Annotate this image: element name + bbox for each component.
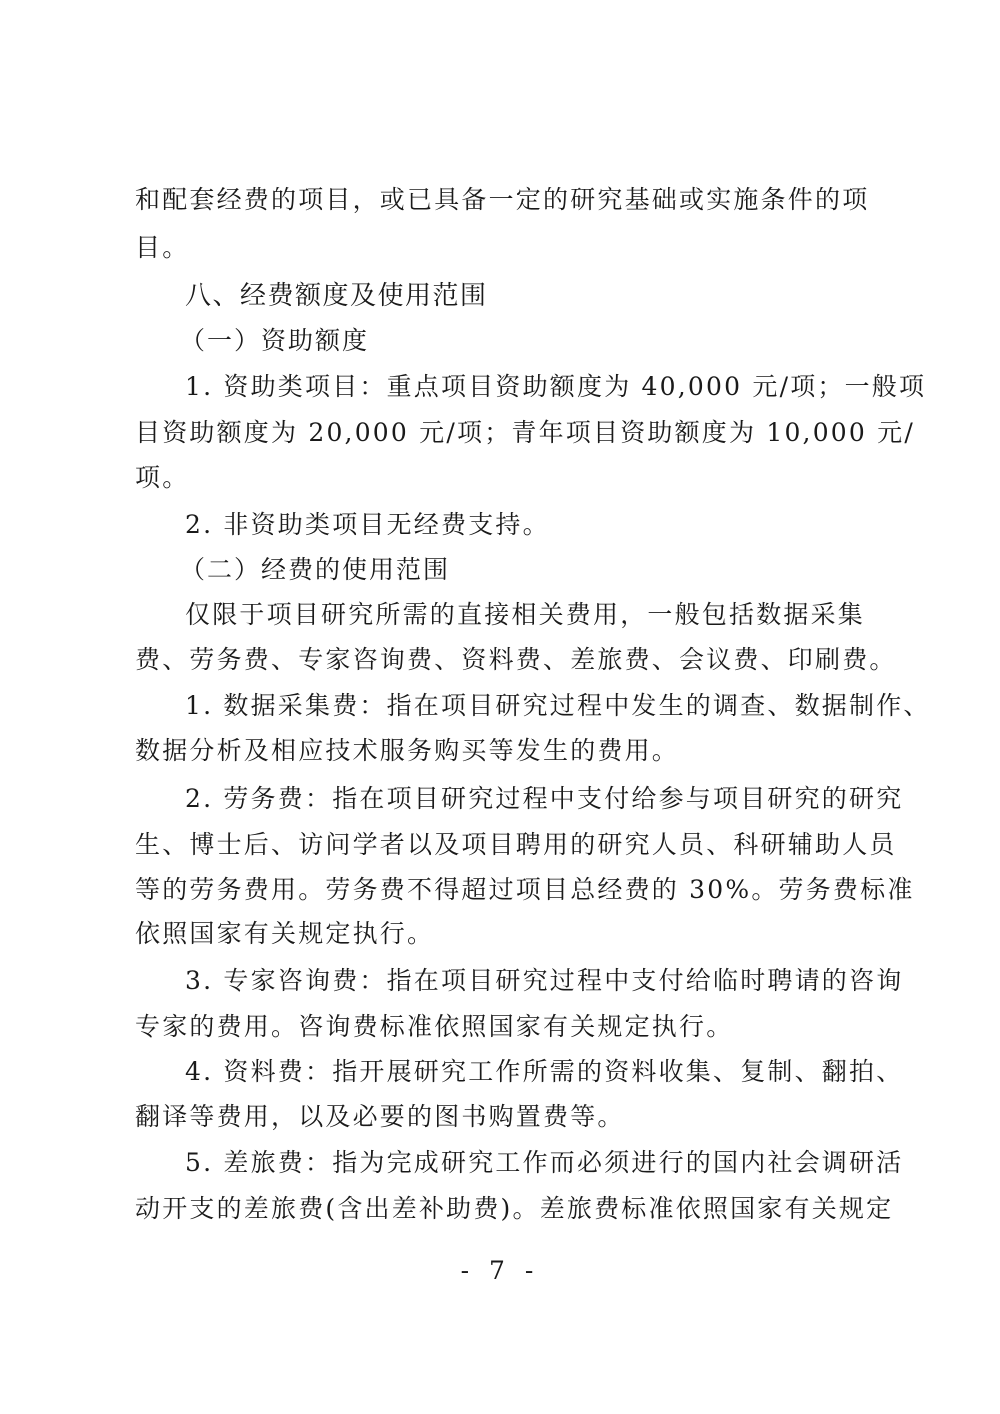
paragraph-line: 目。 — [135, 233, 875, 263]
paragraph-line: 2. 非资助类项目无经费支持。 — [185, 510, 875, 540]
section-heading: 八、经费额度及使用范围 — [185, 281, 875, 311]
paragraph-line: 2. 劳务费：指在项目研究过程中支付给参与项目研究的研究 — [185, 784, 875, 814]
paragraph-line: 等的劳务费用。劳务费不得超过项目总经费的 30%。劳务费标准 — [135, 875, 875, 905]
document-page: 和配套经费的项目，或已具备一定的研究基础或实施条件的项 目。 八、经费额度及使用… — [0, 0, 1000, 1414]
paragraph-line: 动开支的差旅费(含出差补助费)。差旅费标准依照国家有关规定 — [135, 1194, 875, 1224]
paragraph-line: 1. 数据采集费：指在项目研究过程中发生的调查、数据制作、 — [185, 691, 875, 721]
paragraph-line: 费、劳务费、专家咨询费、资料费、差旅费、会议费、印刷费。 — [135, 645, 875, 675]
paragraph-line: 项。 — [135, 463, 875, 493]
paragraph-line: 生、博士后、访问学者以及项目聘用的研究人员、科研辅助人员 — [135, 830, 875, 860]
paragraph-line: 4. 资料费：指开展研究工作所需的资料收集、复制、翻拍、 — [185, 1057, 875, 1087]
paragraph-line: 3. 专家咨询费：指在项目研究过程中支付给临时聘请的咨询 — [185, 966, 875, 996]
paragraph-line: 1. 资助类项目：重点项目资助额度为 40,000 元/项；一般项 — [185, 372, 875, 402]
page-number: - 7 - — [0, 1256, 1000, 1285]
paragraph-line: 依照国家有关规定执行。 — [135, 919, 875, 949]
paragraph-line: 目资助额度为 20,000 元/项；青年项目资助额度为 10,000 元/ — [135, 418, 875, 448]
subsection-heading: （二）经费的使用范围 — [180, 555, 870, 585]
paragraph-line: 数据分析及相应技术服务购买等发生的费用。 — [135, 736, 875, 766]
subsection-heading: （一）资助额度 — [180, 326, 870, 356]
paragraph-line: 和配套经费的项目，或已具备一定的研究基础或实施条件的项 — [135, 185, 875, 215]
paragraph-line: 5. 差旅费：指为完成研究工作而必须进行的国内社会调研活 — [185, 1148, 875, 1178]
paragraph-line: 仅限于项目研究所需的直接相关费用，一般包括数据采集 — [185, 600, 875, 630]
paragraph-line: 翻译等费用，以及必要的图书购置费等。 — [135, 1102, 875, 1132]
paragraph-line: 专家的费用。咨询费标准依照国家有关规定执行。 — [135, 1012, 875, 1042]
